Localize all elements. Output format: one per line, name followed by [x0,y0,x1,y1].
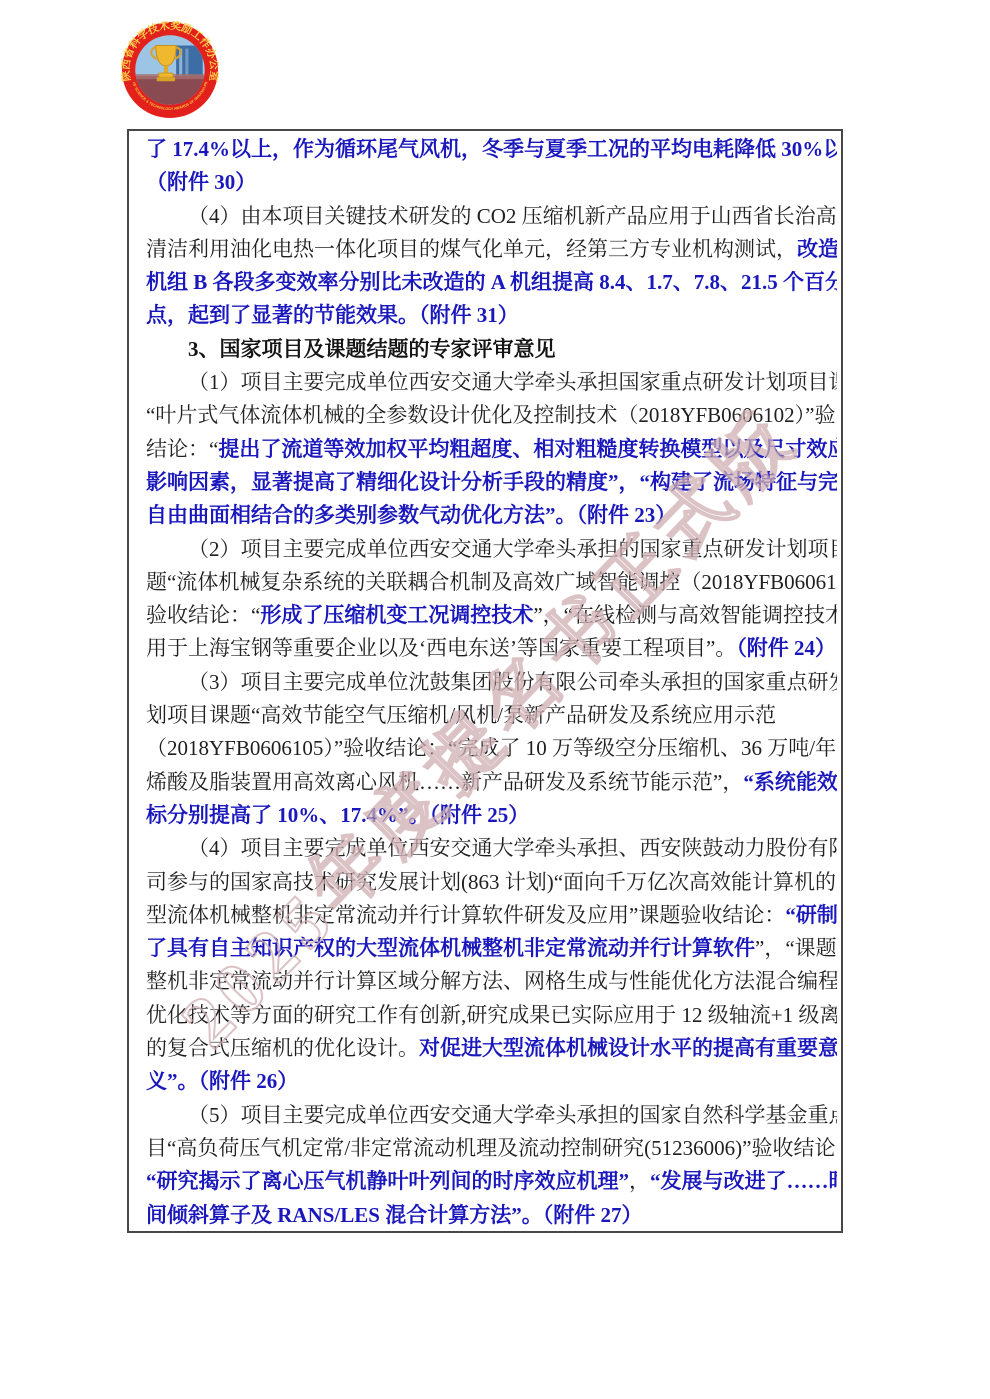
highlighted-text-run: 自由曲面相结合的多类别参数气动优化方法”。（附件 23） [146,503,676,527]
body-text-run: ”，“在线检测与高效智能调控技术应 [533,603,837,627]
body-text-run: 型流体机械整机非定常流动并行计算软件研发及应用”课题验收结论： [146,903,785,927]
text-line: 标分别提高了 10%、17.4%”。（附件 25） [146,799,837,832]
document-table-cell: 了 17.4%以上，作为循环尾气风机，冬季与夏季工况的平均电耗降低 30%以上。… [127,129,843,1233]
body-text-run: “叶片式气体流体机械的全参数设计优化及控制技术（2018YFB0606102）”… [146,403,837,427]
body-text-run: 烯酸及脂装置用高效离心风机……新产品研发及系统节能示范”， [146,770,743,794]
document-page: 陕西省科学技术奖励工作办公室 OFFICE OF SCIENCE & TECHN… [0,0,990,1399]
text-line: “叶片式气体流体机械的全参数设计优化及控制技术（2018YFB0606102）”… [146,399,837,432]
text-line: （2018YFB0606105）”验收结论：“完成了 10 万等级空分压缩机、3… [146,732,837,765]
text-line: 题“流体机械复杂系统的关联耦合机制及高效广域智能调控（2018YFB060610… [146,566,837,599]
text-line: 了 17.4%以上，作为循环尾气风机，冬季与夏季工况的平均电耗降低 30%以上。 [146,133,837,166]
body-text-run: （2018YFB0606105）”验收结论：“完成了 10 万等级空分压缩机、3… [146,736,837,760]
body-text-run: ， [629,1169,650,1193]
highlighted-text-run: “研制出 [785,903,837,927]
text-line: 划项目课题“高效节能空气压缩机/风机/泵新产品研发及系统应用示范 [146,699,837,732]
text-line: 了具有自主知识产权的大型流体机械整机非定常流动并行计算软件”，“课题在 [146,932,837,965]
text-line: （4）项目主要完成单位西安交通大学牵头承担、西安陕鼓动力股份有限公 [146,832,837,865]
body-text-run: （5）项目主要完成单位西安交通大学牵头承担的国家自然科学基金重点项 [188,1103,837,1127]
text-line: 机组 B 各段多变效率分别比未改造的 A 机组提高 8.4、1.7、7.8、21… [146,266,837,299]
highlighted-text-run: 了 17.4%以上，作为循环尾气风机，冬季与夏季工况的平均电耗降低 30%以上。 [146,137,837,161]
body-text-run: （2）项目主要完成单位西安交通大学牵头承担的国家重点研发计划项目课 [188,537,837,561]
body-text-run: 划项目课题“高效节能空气压缩机/风机/泵新产品研发及系统应用示范 [146,703,776,727]
seal-photo [135,35,204,104]
text-line: 目“高负荷压气机定常/非定常流动机理及流动控制研究(51236006)”验收结论… [146,1132,837,1165]
highlighted-text-run: 标分别提高了 10%、17.4%”。（附件 25） [146,803,529,827]
highlighted-text-run: 改造后 [797,237,837,261]
highlighted-text-run: 机组 B 各段多变效率分别比未改造的 A 机组提高 8.4、1.7、7.8、21… [146,270,837,294]
highlighted-text-run: 对促进大型流体机械设计水平的提高有重要意 [419,1036,837,1060]
highlighted-text-run: “研究揭示了离心压气机静叶叶列间的时序效应机理” [146,1169,629,1193]
body-text-run: 的复合式压缩机的优化设计。 [146,1036,419,1060]
body-text-run: （3）项目主要完成单位沈鼓集团股份有限公司牵头承担的国家重点研发计 [188,670,837,694]
document-text-block: 了 17.4%以上，作为循环尾气风机，冬季与夏季工况的平均电耗降低 30%以上。… [146,133,837,1232]
highlighted-text-run: （附件 24） [736,636,836,660]
highlighted-text-run: （附件 30） [146,170,256,194]
body-text-run: 清洁利用油化电热一体化项目的煤气化单元，经第三方专业机构测试， [146,237,797,261]
text-line: （3）项目主要完成单位沈鼓集团股份有限公司牵头承担的国家重点研发计 [146,666,837,699]
highlighted-text-run: 间倾斜算子及 RANS/LES 混合计算方法”。（附件 27） [146,1203,642,1227]
text-line: 优化技术等方面的研究工作有创新,研究成果已实际应用于 12 级轴流+1 级离心 [146,999,837,1032]
body-text-run: 3、国家项目及课题结题的专家评审意见 [188,337,556,361]
text-line: 司参与的国家高技术研究发展计划(863 计划)“面向千万亿次高效能计算机的大 [146,866,837,899]
text-line: 烯酸及脂装置用高效离心风机……新产品研发及系统节能示范”，“系统能效指 [146,766,837,799]
body-text-run: 题“流体机械复杂系统的关联耦合机制及高效广域智能调控（2018YFB060610… [146,570,837,594]
body-text-run: （1）项目主要完成单位西安交通大学牵头承担国家重点研发计划项目课题 [188,370,837,394]
text-line: 验收结论：“形成了压缩机变工况调控技术”，“在线检测与高效智能调控技术应 [146,599,837,632]
body-text-run: 结论：“ [146,437,218,461]
body-text-run: 整机非定常流动并行计算区域分解方法、网格生成与性能优化方法混合编程及 [146,969,837,993]
text-line: 结论：“提出了流道等效加权平均粗超度、相对粗糙度转换模型以及尺寸效应的 [146,433,837,466]
body-text-run: （4）由本项目关键技术研发的 CO2 压缩机新产品应用于山西省长治高硫煤 [188,204,837,228]
text-line: 自由曲面相结合的多类别参数气动优化方法”。（附件 23） [146,499,837,532]
text-line: 间倾斜算子及 RANS/LES 混合计算方法”。（附件 27） [146,1199,837,1232]
highlighted-text-run: 了具有自主知识产权的大型流体机械整机非定常流动并行计算软件 [146,936,755,960]
text-line: 型流体机械整机非定常流动并行计算软件研发及应用”课题验收结论：“研制出 [146,899,837,932]
text-line: 整机非定常流动并行计算区域分解方法、网格生成与性能优化方法混合编程及 [146,965,837,998]
text-line: （2）项目主要完成单位西安交通大学牵头承担的国家重点研发计划项目课 [146,533,837,566]
body-text-run: 优化技术等方面的研究工作有创新,研究成果已实际应用于 12 级轴流+1 级离心 [146,1003,837,1027]
highlighted-text-run: 提出了流道等效加权平均粗超度、相对粗糙度转换模型以及尺寸效应的 [218,437,837,461]
text-line: 影响因素，显著提高了精细化设计分析手段的精度”，“构建了流场特征与完全 [146,466,837,499]
highlighted-text-run: “系统能效指 [743,770,837,794]
text-line: 点，起到了显著的节能效果。（附件 31） [146,299,837,332]
body-text-run: （4）项目主要完成单位西安交通大学牵头承担、西安陕鼓动力股份有限公 [188,836,837,860]
body-text-run: 司参与的国家高技术研究发展计划(863 计划)“面向千万亿次高效能计算机的大 [146,870,837,894]
body-text-run: 验收结论：“ [146,603,260,627]
highlighted-text-run: 义”。（附件 26） [146,1069,298,1093]
text-line: （5）项目主要完成单位西安交通大学牵头承担的国家自然科学基金重点项 [146,1099,837,1132]
text-line: 清洁利用油化电热一体化项目的煤气化单元，经第三方专业机构测试，改造后 [146,233,837,266]
text-line: （1）项目主要完成单位西安交通大学牵头承担国家重点研发计划项目课题 [146,366,837,399]
text-line: 用于上海宝钢等重要企业以及‘西电东送’等国家重要工程项目”。（附件 24） [146,632,837,665]
text-line: 义”。（附件 26） [146,1065,837,1098]
text-line: 的复合式压缩机的优化设计。对促进大型流体机械设计水平的提高有重要意 [146,1032,837,1065]
highlighted-text-run: 形成了压缩机变工况调控技术 [260,603,533,627]
body-text-run: 用于上海宝钢等重要企业以及‘西电东送’等国家重要工程项目”。 [146,636,736,660]
seal-graphic: 陕西省科学技术奖励工作办公室 OFFICE OF SCIENCE & TECHN… [121,21,219,119]
text-line: “研究揭示了离心压气机静叶叶列间的时序效应机理”，“发展与改进了……时 [146,1165,837,1198]
highlighted-text-run: “发展与改进了……时 [650,1169,837,1193]
text-line: 3、国家项目及课题结题的专家评审意见 [146,333,837,366]
highlighted-text-run: 影响因素，显著提高了精细化设计分析手段的精度”，“构建了流场特征与完全 [146,470,837,494]
text-line: （4）由本项目关键技术研发的 CO2 压缩机新产品应用于山西省长治高硫煤 [146,200,837,233]
text-line: （附件 30） [146,166,837,199]
body-text-run: ”，“课题在 [755,936,837,960]
organization-seal-logo: 陕西省科学技术奖励工作办公室 OFFICE OF SCIENCE & TECHN… [121,21,219,119]
highlighted-text-run: 点，起到了显著的节能效果。（附件 31） [146,303,519,327]
body-text-run: 目“高负荷压气机定常/非定常流动机理及流动控制研究(51236006)”验收结论… [146,1136,837,1160]
